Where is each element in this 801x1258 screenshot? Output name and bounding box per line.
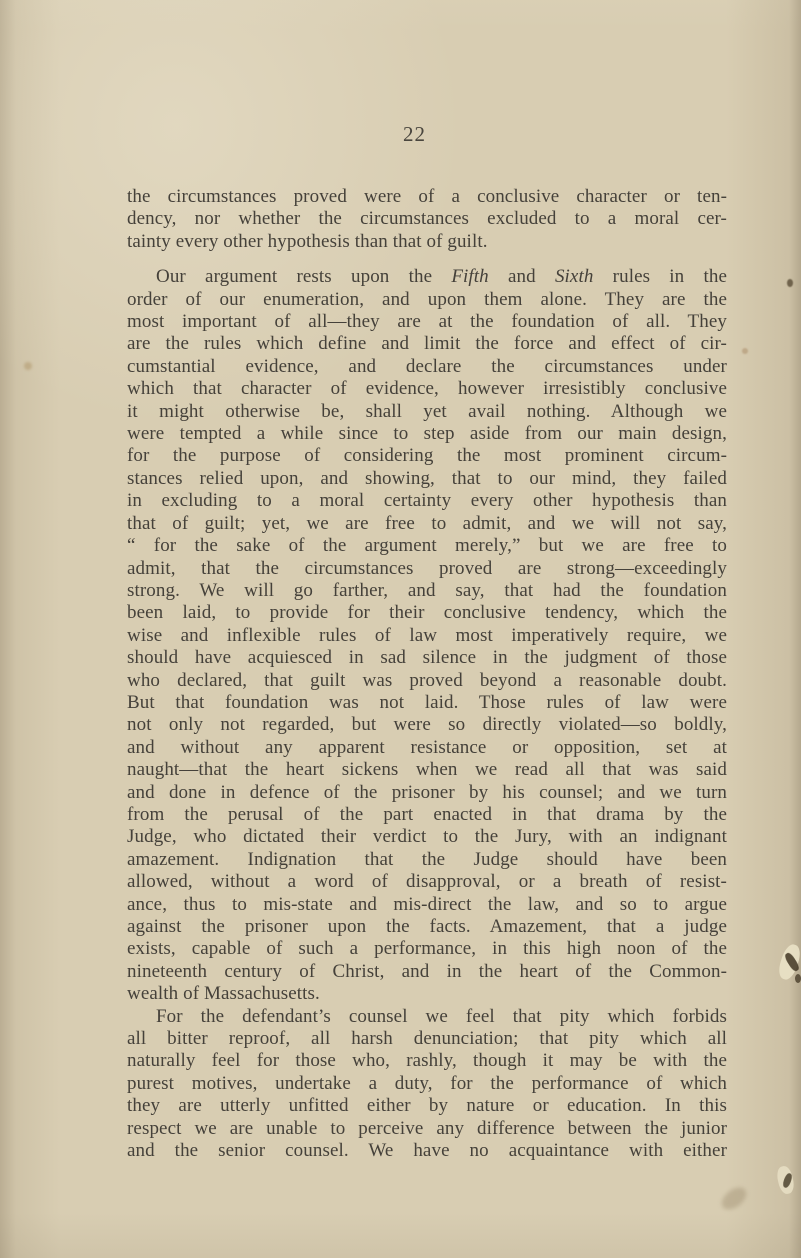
text-line: Judge, who dictated their verdict to the… xyxy=(127,826,727,848)
text-line: Our argument rests upon the Fifth and Si… xyxy=(127,266,727,288)
text-line: which that character of evidence, howeve… xyxy=(127,378,727,400)
text-line: For the defendant’s counsel we feel that… xyxy=(127,1006,727,1028)
text-line: from the perusal of the part enacted in … xyxy=(127,804,727,826)
text-line: strong. We will go farther, and say, tha… xyxy=(127,580,727,602)
text-line: in excluding to a moral certainty every … xyxy=(127,490,727,512)
text-line: all bitter reproof, all harsh denunciati… xyxy=(127,1028,727,1050)
text-line: for the purpose of considering the most … xyxy=(127,445,727,467)
paper-chip xyxy=(776,942,801,981)
text-line: But that foundation was not laid. Those … xyxy=(127,692,727,714)
text-line: they are utterly unfitted either by natu… xyxy=(127,1095,727,1117)
text-line: it might otherwise be, shall yet avail n… xyxy=(127,401,727,423)
text-line: and the senior counsel. We have no acqua… xyxy=(127,1140,727,1162)
text-line: allowed, without a word of disapproval, … xyxy=(127,871,727,893)
paper-mark xyxy=(795,974,801,983)
text-block: the circumstances proved were of a concl… xyxy=(127,186,727,1162)
paper-mark xyxy=(783,951,800,972)
text-line: who declared, that guilt was proved beyo… xyxy=(127,670,727,692)
text-line: were tempted a while since to step aside… xyxy=(127,423,727,445)
text-line: “ for the sake of the argument merely,” … xyxy=(127,535,727,557)
text-line: been laid, to provide for their conclusi… xyxy=(127,602,727,624)
paragraph: Our argument rests upon the Fifth and Si… xyxy=(127,266,727,1005)
text-line: dency, nor whether the circumstances exc… xyxy=(127,208,727,230)
page-number: 22 xyxy=(127,122,702,147)
paper-mark xyxy=(782,1172,794,1188)
text-line: are the rules which define and limit the… xyxy=(127,333,727,355)
text-line: tainty every other hypothesis than that … xyxy=(127,231,727,253)
paragraph: For the defendant’s counsel we feel that… xyxy=(127,1006,727,1163)
text-line: order of our enumeration, and upon them … xyxy=(127,289,727,311)
text-line: wise and inflexible rules of law most im… xyxy=(127,625,727,647)
text-line: against the prisoner upon the facts. Ama… xyxy=(127,916,727,938)
paper-chip xyxy=(775,1165,795,1196)
text-line: ance, thus to mis-state and mis-direct t… xyxy=(127,894,727,916)
text-line: should have acquiesced in sad silence in… xyxy=(127,647,727,669)
text-line: exists, capable of such a performance, i… xyxy=(127,938,727,960)
text-line: and without any apparent resistance or o… xyxy=(127,737,727,759)
scanned-book-page: 22 the circumstances proved were of a co… xyxy=(0,0,801,1258)
text-line: that of guilt; yet, we are free to admit… xyxy=(127,513,727,535)
text-line: nineteenth century of Christ, and in the… xyxy=(127,961,727,983)
paragraph: the circumstances proved were of a concl… xyxy=(127,186,727,253)
paper-stain xyxy=(24,362,32,370)
text-line: amazement. Indignation that the Judge sh… xyxy=(127,849,727,871)
paper-stain xyxy=(742,348,748,354)
paper-speck xyxy=(787,279,793,287)
text-line: and done in defence of the prisoner by h… xyxy=(127,782,727,804)
text-line: wealth of Massachusetts. xyxy=(127,983,727,1005)
paper-smudge xyxy=(718,1183,751,1214)
text-line: cumstantial evidence, and declare the ci… xyxy=(127,356,727,378)
text-line: most important of all—they are at the fo… xyxy=(127,311,727,333)
text-line: purest motives, undertake a duty, for th… xyxy=(127,1073,727,1095)
text-line: respect we are unable to perceive any di… xyxy=(127,1118,727,1140)
text-line: not only not regarded, but were so direc… xyxy=(127,714,727,736)
text-line: admit, that the circumstances proved are… xyxy=(127,558,727,580)
text-line: the circumstances proved were of a concl… xyxy=(127,186,727,208)
text-line: naught—that the heart sickens when we re… xyxy=(127,759,727,781)
text-line: naturally feel for those who, rashly, th… xyxy=(127,1050,727,1072)
text-line: stances relied upon, and showing, that t… xyxy=(127,468,727,490)
